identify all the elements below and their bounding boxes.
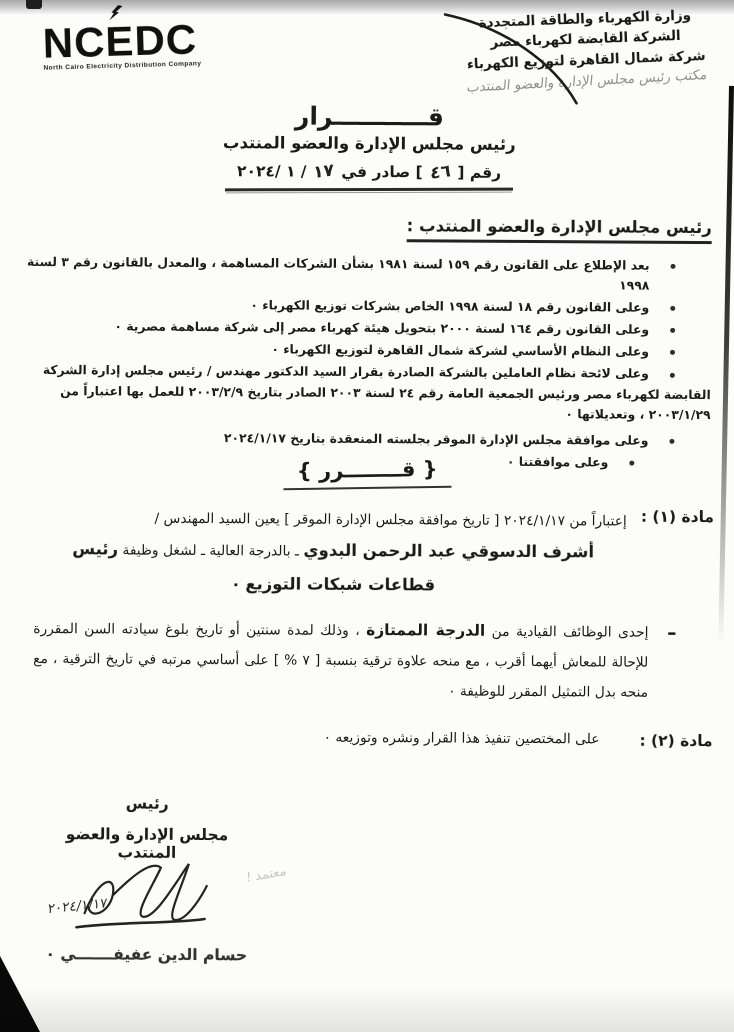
preamble-item-text: وعلى موافقة مجلس الإدارة الموقر بجلسته ا… — [18, 427, 648, 451]
issue-date: / ١ /٢٠٢٤ — [237, 162, 307, 180]
preamble-item-text: وعلى النظام الأساسي لشركة شمال القاهرة ل… — [19, 338, 649, 362]
preamble-item-text: بعد الإطلاع على القانون رقم ١٥٩ لسنة ١٩٨… — [19, 252, 649, 296]
scan-bottom-shadow — [0, 986, 734, 1032]
preamble-item-text: وعلى لائحة نظام العاملين بالشركة الصادرة… — [19, 360, 711, 425]
promotion-clause: ـ إحدى الوظائف القيادية من الدرجة الممتا… — [33, 612, 676, 709]
scanned-decree-page: NCEDC North Cairo Electricity Distributi… — [0, 0, 734, 1032]
handwritten-decree-number: ٤٦ — [429, 161, 450, 184]
decree-title: قـــــــــــرار — [2, 100, 734, 133]
title-block: قـــــــــــرار رئيس مجلس الإدارة والعضو… — [2, 100, 734, 193]
appointee-name: أشرف الدسوقي عبد الرحمن البدوي — [303, 541, 594, 562]
preamble-item-text: وعلى القانون رقم ١٦٤ لسنة ٢٠٠٠ بتحويل هي… — [19, 316, 649, 340]
article-2-text: على المختصين تنفيذ هذا القرار ونشره وتوز… — [324, 730, 600, 750]
company-logo: NCEDC North Cairo Electricity Distributi… — [42, 20, 201, 71]
bullet-dot-icon — [671, 264, 676, 269]
preamble-item: وعلى موافقة مجلس الإدارة الموقر بجلسته ا… — [18, 427, 648, 451]
bullet-dot-icon — [669, 439, 674, 444]
number-suffix: ] صادر في — [341, 163, 422, 181]
clause-text: إحدى الوظائف القيادية من الدرجة الممتازة… — [33, 612, 649, 708]
article-1-mid: ـ بالدرجة العالية ـ لشغل وظيفة — [122, 543, 299, 560]
preamble-item: وعلى لائحة نظام العاملين بالشركة الصادرة… — [19, 360, 649, 424]
clause-grade-emphasis: الدرجة الممتازة — [366, 621, 485, 640]
decree-subtitle: رئيس مجلس الإدارة والعضو المنتدب — [2, 132, 734, 155]
article-1-terminator: ٠ — [231, 574, 241, 593]
preamble-item: وعلى النظام الأساسي لشركة شمال القاهرة ل… — [19, 338, 649, 362]
preamble-list: بعد الإطلاع على القانون رقم ١٥٩ لسنة ١٩٨… — [18, 252, 649, 475]
lightning-icon: E — [105, 17, 135, 65]
preamble-item: وعلى القانون رقم ١٨ لسنة ١٩٩٨ الخاص بشرك… — [19, 294, 649, 318]
article-1: مادة (١) : إعتباراً من ٢٠٢٤/١/١٧ [ تاريخ… — [39, 504, 714, 604]
document-content: NCEDC North Cairo Electricity Distributi… — [0, 0, 734, 1032]
preamble-item: وعلى القانون رقم ١٦٤ لسنة ٢٠٠٠ بتحويل هي… — [19, 316, 649, 340]
signatory-name: حسام الدين عفيفـــــــي ٠ — [39, 945, 253, 964]
article-1-body: إعتباراً من ٢٠٢٤/١/١٧ [ تاريخ موافقة مجل… — [39, 504, 626, 603]
decided-word: { قــــــــرر } — [283, 457, 452, 491]
article-1-label: مادة (١) : — [640, 508, 714, 604]
number-prefix: رقم [ — [457, 164, 501, 182]
decree-number-line: رقم [ ٤٦ ] صادر في ١٧ / ١ /٢٠٢٤ — [2, 160, 734, 184]
handwritten-day: ١٧ — [313, 160, 334, 183]
title-underline — [225, 188, 513, 192]
bullet-dot-icon — [670, 328, 675, 333]
article-2-label: مادة (٢) : — [639, 732, 712, 750]
article-1-intro: إعتباراً من ٢٠٢٤/١/١٧ [ تاريخ موافقة مجل… — [40, 504, 627, 536]
letterhead: وزارة الكهرباء والطاقة المتجددة الشركة ا… — [450, 5, 723, 94]
preamble-heading: رئيس مجلس الإدارة والعضو المنتدب : — [407, 216, 712, 244]
signature-block: رئيس مجلس الإدارة والعضو المنتدب ٢٠٢٤/١/… — [39, 794, 254, 964]
article-1-appointment: أشرف الدسوقي عبد الرحمن البدوي ـ بالدرجة… — [39, 532, 626, 603]
dash-marker: ـ — [668, 616, 675, 709]
signatory-title-line2: مجلس الإدارة والعضو المنتدب — [40, 825, 254, 862]
logo-wordmark: NCEDC — [42, 20, 201, 62]
preamble-item-text: وعلى القانون رقم ١٨ لسنة ١٩٩٨ الخاص بشرك… — [19, 294, 649, 318]
bullet-dot-icon — [670, 306, 675, 311]
article-2: مادة (٢) : على المختصين تنفيذ هذا القرار… — [59, 728, 713, 750]
bullet-dot-icon — [670, 350, 675, 355]
preamble-item: بعد الإطلاع على القانون رقم ١٥٩ لسنة ١٩٨… — [19, 252, 649, 296]
signatory-title-line1: رئيس — [40, 794, 254, 813]
clause-lead: إحدى الوظائف القيادية من — [492, 624, 649, 641]
